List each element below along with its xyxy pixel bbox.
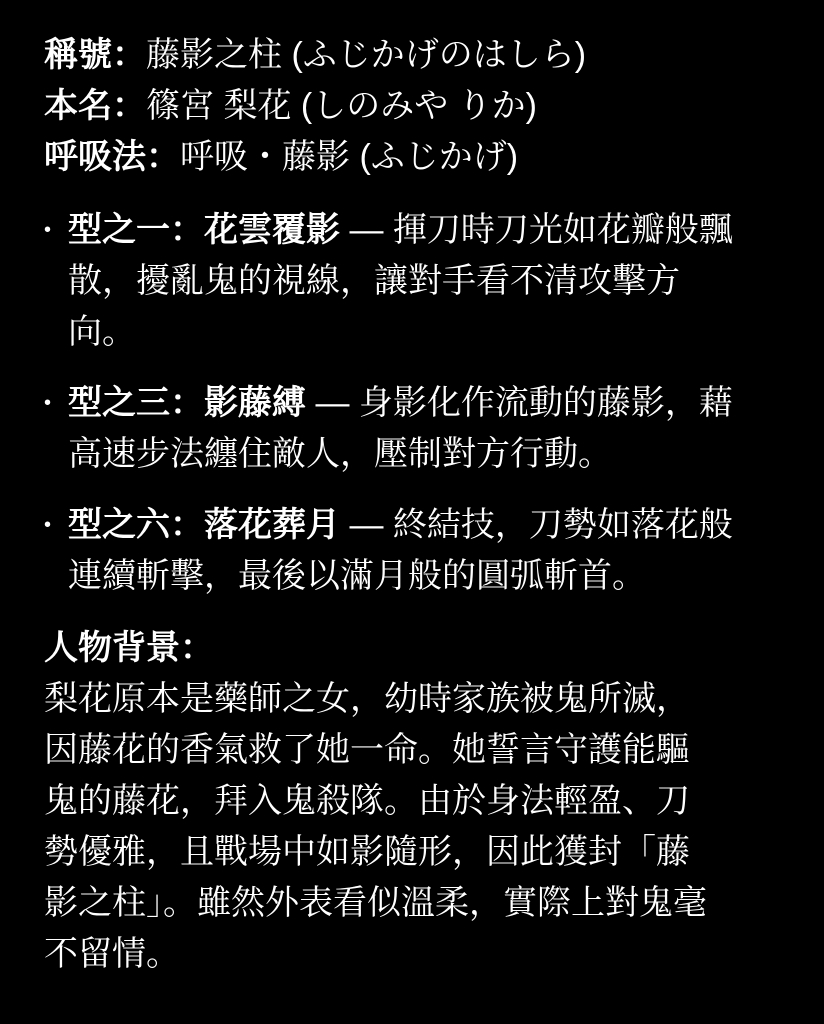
field-real-name-label: 本名：: [44, 87, 146, 125]
technique-item-1: • 型之一：花雲覆影 — 揮刀時刀光如花瓣般飄 散，擾亂鬼的視線，讓對手看不清攻…: [44, 205, 784, 358]
field-breathing-style-value: 呼吸・藤影 (ふじかげ): [180, 138, 518, 176]
field-title: 稱號：藤影之柱 (ふじかげのはしら): [44, 30, 784, 81]
technique-dash: —: [349, 506, 383, 544]
technique-text: 型之一：花雲覆影 — 揮刀時刀光如花瓣般飄 散，擾亂鬼的視線，讓對手看不清攻擊方…: [68, 205, 784, 358]
technique-item-2: • 型之三：影藤縛 — 身影化作流動的藤影，藉 高速步法纏住敵人，壓制對方行動。: [44, 378, 784, 480]
technique-name: 型之三：影藤縛: [68, 384, 306, 422]
bullet-icon: •: [44, 378, 68, 429]
profile-fields: 稱號：藤影之柱 (ふじかげのはしら) 本名：篠宮 梨花 (しのみや りか) 呼吸…: [44, 30, 784, 183]
techniques-list: • 型之一：花雲覆影 — 揮刀時刀光如花瓣般飄 散，擾亂鬼的視線，讓對手看不清攻…: [44, 205, 784, 602]
bullet-icon: •: [44, 500, 68, 551]
bullet-icon: •: [44, 205, 68, 256]
field-breathing-style-label: 呼吸法：: [44, 138, 180, 176]
background-section: 人物背景： 梨花原本是藥師之女，幼時家族被鬼所滅， 因藤花的香氣救了她一命。她誓…: [44, 623, 784, 980]
technique-dash: —: [315, 384, 349, 422]
technique-dash: —: [349, 211, 383, 249]
technique-name: 型之一：花雲覆影: [68, 211, 340, 249]
field-real-name-value: 篠宮 梨花 (しのみや りか): [146, 87, 537, 125]
character-profile-document: 稱號：藤影之柱 (ふじかげのはしら) 本名：篠宮 梨花 (しのみや りか) 呼吸…: [0, 0, 824, 1024]
field-real-name: 本名：篠宮 梨花 (しのみや りか): [44, 81, 784, 132]
technique-text: 型之三：影藤縛 — 身影化作流動的藤影，藉 高速步法纏住敵人，壓制對方行動。: [68, 378, 784, 480]
technique-text: 型之六：落花葬月 — 終結技，刀勢如落花般 連續斬擊，最後以滿月般的圓弧斬首。: [68, 500, 784, 602]
field-title-label: 稱號：: [44, 36, 146, 74]
background-heading: 人物背景：: [44, 623, 784, 674]
technique-name: 型之六：落花葬月: [68, 506, 340, 544]
field-breathing-style: 呼吸法：呼吸・藤影 (ふじかげ): [44, 132, 784, 183]
field-title-value: 藤影之柱 (ふじかげのはしら): [146, 36, 586, 74]
background-body: 梨花原本是藥師之女，幼時家族被鬼所滅， 因藤花的香氣救了她一命。她誓言守護能驅 …: [44, 674, 784, 980]
technique-item-3: • 型之六：落花葬月 — 終結技，刀勢如落花般 連續斬擊，最後以滿月般的圓弧斬首…: [44, 500, 784, 602]
